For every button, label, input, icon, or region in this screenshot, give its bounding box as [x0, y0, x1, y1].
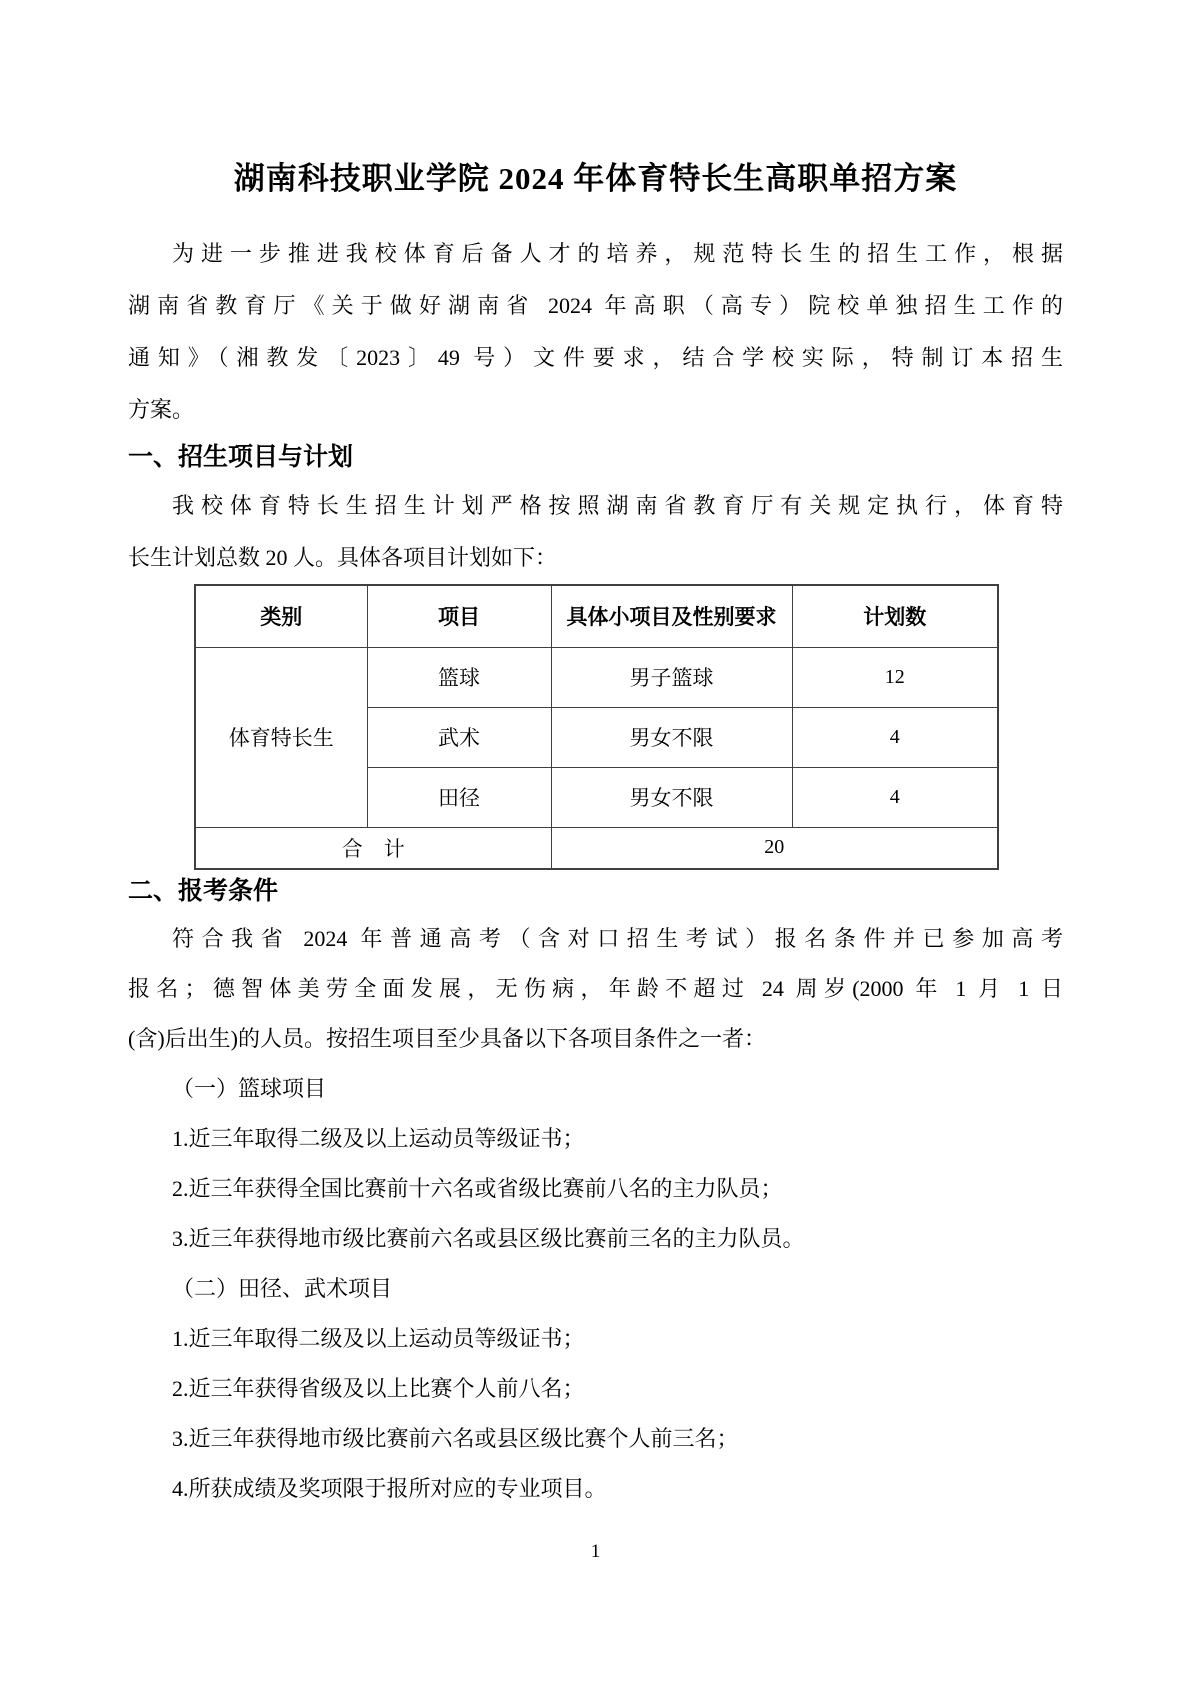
section-2-heading: 二、报考条件: [128, 870, 1063, 914]
basketball-requirement-item: 3.近三年获得地市级比赛前六名或县区级比赛前三名的主力队员。: [128, 1214, 1063, 1264]
track-wushu-requirement-item: 4.所获成绩及奖项限于报所对应的专业项目。: [128, 1464, 1063, 1514]
project-cell: 篮球: [367, 647, 551, 707]
plan-count-cell: 4: [792, 767, 998, 827]
col-header-subproject: 具体小项目及性别要求: [551, 585, 792, 647]
subproject-cell: 男子篮球: [551, 647, 792, 707]
track-wushu-requirements: （二）田径、武术项目 1.近三年取得二级及以上运动员等级证书； 2.近三年获得省…: [128, 1264, 1063, 1514]
text-line: 通知》（湘教发〔2023〕49 号）文件要求，结合学校实际，特制订本招生: [128, 332, 1063, 384]
col-header-plan-count: 计划数: [792, 585, 998, 647]
text-line: 我校体育特长生招生计划严格按照湖南省教育厅有关规定执行，体育特: [128, 480, 1063, 532]
track-wushu-requirement-item: 3.近三年获得地市级比赛前六名或县区级比赛个人前三名；: [128, 1414, 1063, 1464]
project-cell: 武术: [367, 707, 551, 767]
table-header-row: 类别 项目 具体小项目及性别要求 计划数: [195, 585, 998, 647]
basketball-requirement-item: 2.近三年获得全国比赛前十六名或省级比赛前八名的主力队员；: [128, 1164, 1063, 1214]
track-wushu-requirement-item: 2.近三年获得省级及以上比赛个人前八名；: [128, 1364, 1063, 1414]
category-cell: 体育特长生: [195, 647, 367, 827]
subproject-cell: 男女不限: [551, 707, 792, 767]
section-1-heading: 一、招生项目与计划: [128, 436, 1063, 480]
col-header-project: 项目: [367, 585, 551, 647]
intro-paragraph: 为进一步推进我校体育后备人才的培养，规范特长生的招生工作，根据 湖南省教育厅《关…: [128, 228, 1063, 436]
plan-count-cell: 12: [792, 647, 998, 707]
text-line: (含)后出生)的人员。按招生项目至少具备以下各项目条件之一者：: [128, 1014, 1063, 1064]
basketball-requirement-item: 1.近三年取得二级及以上运动员等级证书；: [128, 1114, 1063, 1164]
text-line: 报名；德智体美劳全面发展，无伤病，年龄不超过 24 周岁(2000 年 1 月 …: [128, 964, 1063, 1014]
project-cell: 田径: [367, 767, 551, 827]
text-line: 长生计划总数 20 人。具体各项目计划如下：: [128, 532, 1063, 584]
plan-table: 类别 项目 具体小项目及性别要求 计划数 体育特长生 篮球 男子篮球 12 武术…: [194, 584, 999, 870]
page-title: 湖南科技职业学院 2024 年体育特长生高职单招方案: [128, 158, 1063, 200]
document-content: 湖南科技职业学院 2024 年体育特长生高职单招方案 为进一步推进我校体育后备人…: [0, 0, 1191, 1514]
page-number: 1: [0, 1540, 1191, 1564]
plan-count-cell: 4: [792, 707, 998, 767]
total-label-cell: 合 计: [195, 827, 551, 869]
total-value-cell: 20: [551, 827, 998, 869]
subproject-cell: 男女不限: [551, 767, 792, 827]
track-wushu-subheading: （二）田径、武术项目: [128, 1264, 1063, 1314]
text-line: 符合我省 2024 年普通高考（含对口招生考试）报名条件并已参加高考: [128, 914, 1063, 964]
basketball-requirements: （一）篮球项目 1.近三年取得二级及以上运动员等级证书； 2.近三年获得全国比赛…: [128, 1064, 1063, 1264]
basketball-subheading: （一）篮球项目: [128, 1064, 1063, 1114]
text-line: 方案。: [128, 384, 1063, 436]
section-2-intro: 符合我省 2024 年普通高考（含对口招生考试）报名条件并已参加高考 报名；德智…: [128, 914, 1063, 1064]
document-page: 湖南科技职业学院 2024 年体育特长生高职单招方案 为进一步推进我校体育后备人…: [0, 0, 1191, 1684]
total-row: 合 计 20: [195, 827, 998, 869]
text-line: 湖南省教育厅《关于做好湖南省 2024 年高职（高专）院校单独招生工作的: [128, 280, 1063, 332]
table-row: 体育特长生 篮球 男子篮球 12: [195, 647, 998, 707]
col-header-category: 类别: [195, 585, 367, 647]
track-wushu-requirement-item: 1.近三年取得二级及以上运动员等级证书；: [128, 1314, 1063, 1364]
text-line: 为进一步推进我校体育后备人才的培养，规范特长生的招生工作，根据: [128, 228, 1063, 280]
section-1-intro: 我校体育特长生招生计划严格按照湖南省教育厅有关规定执行，体育特 长生计划总数 2…: [128, 480, 1063, 584]
